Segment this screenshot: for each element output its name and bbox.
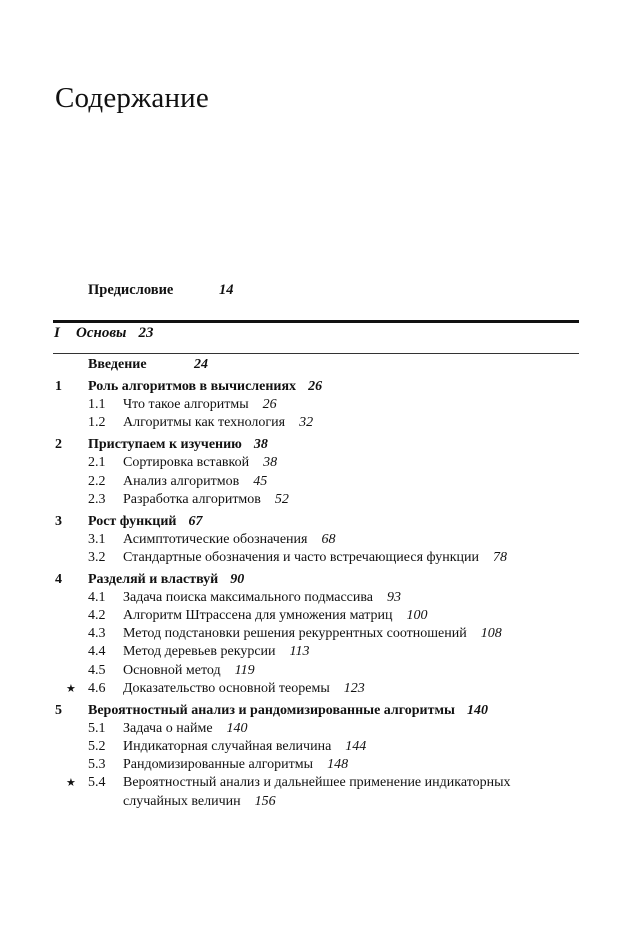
chapter-number: 1 — [55, 378, 62, 396]
toc-section-3.2[interactable]: 3.2Стандартные обозначения и часто встре… — [0, 549, 633, 567]
section-title: Доказательство основной теоремы123 — [123, 680, 365, 698]
page-title: Содержание — [55, 82, 209, 115]
section-title: Индикаторная случайная величина144 — [123, 738, 366, 756]
toc-section-4.2[interactable]: 4.2Алгоритм Штрассена для умножения матр… — [0, 607, 633, 625]
part-rule-top — [53, 320, 579, 323]
part-number: I — [54, 325, 76, 342]
section-title: Метод деревьев рекурсии113 — [123, 643, 310, 661]
chapter-number: 5 — [55, 702, 62, 720]
section-number: 4.6 — [88, 680, 106, 698]
section-title: Вероятностный анализ и дальнейшее примен… — [123, 774, 511, 792]
toc-section-1.2[interactable]: 1.2Алгоритмы как технология32 — [0, 414, 633, 432]
chapter-title: Рост функций67 — [88, 513, 202, 531]
section-page: 38 — [263, 455, 277, 470]
section-number: 4.2 — [88, 607, 106, 625]
chapter-page: 67 — [188, 514, 202, 529]
part-title: Основы — [76, 325, 126, 341]
intro-label: Введение — [88, 357, 147, 372]
part-rule-bottom — [53, 353, 579, 354]
chapter-page: 90 — [230, 572, 244, 587]
toc-section-4.1[interactable]: 4.1Задача поиска максимального подмассив… — [0, 589, 633, 607]
section-number: 5.2 — [88, 738, 106, 756]
section-title: Алгоритм Штрассена для умножения матриц1… — [123, 607, 428, 625]
star-icon: ★ — [66, 774, 76, 792]
toc-section-3.1[interactable]: 3.1Асимптотические обозначения68 — [0, 531, 633, 549]
section-page: 68 — [321, 532, 335, 547]
toc-chapter-3[interactable]: 3Рост функций67 — [0, 513, 633, 531]
section-title: Асимптотические обозначения68 — [123, 531, 335, 549]
chapter-number: 3 — [55, 513, 62, 531]
toc-section-2.2[interactable]: 2.2Анализ алгоритмов45 — [0, 473, 633, 491]
section-page: 148 — [327, 757, 348, 772]
section-title: Задача поиска максимального подмассива93 — [123, 589, 401, 607]
section-number: 3.1 — [88, 531, 106, 549]
toc-part-heading[interactable]: IОсновы23 — [54, 325, 153, 342]
chapter-page: 38 — [254, 437, 268, 452]
section-title: Основной метод119 — [123, 662, 255, 680]
table-of-contents: 1Роль алгоритмов в вычислениях261.1Что т… — [0, 378, 633, 811]
toc-entry-preface[interactable]: Предисловие 14 — [88, 282, 173, 299]
section-title: Что такое алгоритмы26 — [123, 396, 277, 414]
toc-section-5.2[interactable]: 5.2Индикаторная случайная величина144 — [0, 738, 633, 756]
toc-chapter-1[interactable]: 1Роль алгоритмов в вычислениях26 — [0, 378, 633, 396]
chapter-title: Приступаем к изучению38 — [88, 436, 268, 454]
section-page: 26 — [263, 397, 277, 412]
chapter-number: 2 — [55, 436, 62, 454]
toc-section-5.3[interactable]: 5.3Рандомизированные алгоритмы148 — [0, 756, 633, 774]
toc-section-4.3[interactable]: 4.3Метод подстановки решения рекуррентны… — [0, 625, 633, 643]
section-page: 100 — [407, 608, 428, 623]
toc-chapter-2[interactable]: 2Приступаем к изучению38 — [0, 436, 633, 454]
section-number: 2.1 — [88, 454, 106, 472]
section-page: 52 — [275, 492, 289, 507]
section-number: 5.1 — [88, 720, 106, 738]
section-number: 5.4 — [88, 774, 106, 792]
section-number: 4.1 — [88, 589, 106, 607]
preface-page: 14 — [219, 282, 234, 299]
toc-section-2.3[interactable]: 2.3Разработка алгоритмов52 — [0, 491, 633, 509]
section-number: 1.2 — [88, 414, 106, 432]
chapter-title: Роль алгоритмов в вычислениях26 — [88, 378, 322, 396]
toc-section-continuation[interactable]: случайных величин156 — [0, 793, 633, 811]
chapter-title: Вероятностный анализ и рандомизированные… — [88, 702, 488, 720]
section-page: 113 — [290, 644, 310, 659]
section-title: Сортировка вставкой38 — [123, 454, 277, 472]
chapter-page: 140 — [467, 703, 488, 718]
section-title: Метод подстановки решения рекуррентных с… — [123, 625, 502, 643]
chapter-page: 26 — [308, 379, 322, 394]
section-page: 156 — [255, 794, 276, 809]
toc-section-4.4[interactable]: 4.4Метод деревьев рекурсии113 — [0, 643, 633, 661]
section-page: 93 — [387, 590, 401, 605]
chapter-title: Разделяй и властвуй90 — [88, 571, 244, 589]
star-icon: ★ — [66, 680, 76, 698]
toc-section-5.4[interactable]: ★5.4Вероятностный анализ и дальнейшее пр… — [0, 774, 633, 792]
section-title: Разработка алгоритмов52 — [123, 491, 289, 509]
toc-entry-intro[interactable]: Введение 24 — [88, 357, 147, 373]
preface-label: Предисловие — [88, 282, 173, 298]
section-number: 2.2 — [88, 473, 106, 491]
toc-section-5.1[interactable]: 5.1Задача о найме140 — [0, 720, 633, 738]
section-number: 1.1 — [88, 396, 106, 414]
section-number: 4.3 — [88, 625, 106, 643]
intro-page: 24 — [194, 357, 208, 373]
section-title: Анализ алгоритмов45 — [123, 473, 267, 491]
section-page: 32 — [299, 415, 313, 430]
section-page: 119 — [235, 663, 255, 678]
toc-chapter-5[interactable]: 5Вероятностный анализ и рандомизированны… — [0, 702, 633, 720]
section-number: 5.3 — [88, 756, 106, 774]
section-page: 108 — [481, 626, 502, 641]
section-page: 123 — [344, 681, 365, 696]
section-number: 4.5 — [88, 662, 106, 680]
section-page: 144 — [345, 739, 366, 754]
toc-chapter-4[interactable]: 4Разделяй и властвуй90 — [0, 571, 633, 589]
section-title-continuation: случайных величин156 — [123, 793, 276, 811]
section-page: 45 — [253, 474, 267, 489]
chapter-number: 4 — [55, 571, 62, 589]
part-page: 23 — [138, 325, 153, 341]
section-number: 2.3 — [88, 491, 106, 509]
section-title: Стандартные обозначения и часто встречаю… — [123, 549, 507, 567]
section-title: Рандомизированные алгоритмы148 — [123, 756, 348, 774]
toc-section-4.6[interactable]: ★4.6Доказательство основной теоремы123 — [0, 680, 633, 698]
section-number: 3.2 — [88, 549, 106, 567]
toc-section-4.5[interactable]: 4.5Основной метод119 — [0, 662, 633, 680]
section-title: Задача о найме140 — [123, 720, 248, 738]
toc-section-1.1[interactable]: 1.1Что такое алгоритмы26 — [0, 396, 633, 414]
section-title: Алгоритмы как технология32 — [123, 414, 313, 432]
toc-section-2.1[interactable]: 2.1Сортировка вставкой38 — [0, 454, 633, 472]
section-number: 4.4 — [88, 643, 106, 661]
section-page: 78 — [493, 550, 507, 565]
section-page: 140 — [227, 721, 248, 736]
